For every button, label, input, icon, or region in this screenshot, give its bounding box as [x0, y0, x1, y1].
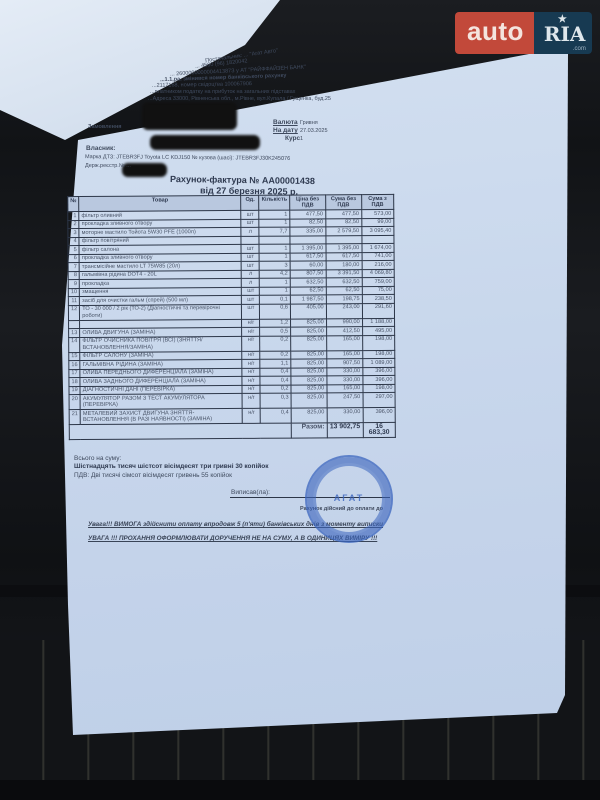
- company-stamp: АГАТ: [305, 455, 393, 543]
- table-cell: 1: [260, 287, 291, 296]
- supplier-line-5: ...2117168, номер свідоцтва 100067906: [152, 81, 252, 89]
- total-amount-label: Всього на суму:: [74, 455, 121, 462]
- table-cell: 825,00: [291, 376, 327, 385]
- table-cell: 75,00: [362, 286, 394, 295]
- table-cell: 60,00: [290, 261, 326, 270]
- table-cell: 7,7: [259, 227, 290, 236]
- table-cell: 243,00: [326, 303, 362, 318]
- watermark-ria: ★ RIA .com: [534, 12, 592, 54]
- watermark-auto: auto: [455, 12, 534, 54]
- table-cell: 4: [68, 237, 79, 246]
- invoice-content: Постачальник: ... "Агат Авто" ... 4560 (…: [0, 0, 600, 800]
- table-cell: 297,00: [363, 392, 395, 407]
- watermark-ria-text: RIA: [544, 22, 586, 46]
- totals-label: Разом:: [291, 423, 327, 438]
- table-cell: 632,50: [290, 278, 326, 287]
- table-cell: 412,50: [326, 327, 362, 336]
- table-cell: л: [242, 278, 260, 287]
- star-icon: ★: [558, 14, 567, 25]
- table-cell: 291,60: [362, 303, 394, 318]
- table-cell: 180,00: [326, 261, 362, 270]
- table-cell: 62,50: [290, 286, 326, 295]
- table-cell: 1: [259, 210, 290, 219]
- table-cell: [241, 236, 259, 245]
- table-cell: 759,00: [362, 277, 394, 286]
- table-cell: 396,00: [363, 407, 395, 422]
- column-header: Кількість: [259, 195, 290, 210]
- table-cell: 0,2: [260, 336, 291, 351]
- table-cell: 1: [259, 219, 290, 228]
- table-cell: шт: [241, 219, 259, 228]
- table-cell: 825,00: [291, 367, 327, 376]
- date-value: 27.03.2025: [300, 128, 328, 134]
- table-cell: шт: [241, 210, 259, 219]
- vat-amount-words: ПДВ: Дві тисячі сімсот вісімдесят гривен…: [74, 472, 232, 479]
- table-cell: 1 987,50: [290, 295, 326, 304]
- table-cell: 13: [69, 329, 80, 338]
- totals-spacer: [69, 423, 291, 440]
- table-cell: 0,6: [260, 304, 291, 319]
- table-cell: 477,50: [290, 210, 326, 219]
- table-cell: [259, 236, 290, 245]
- table-cell: МЕТАЛЕВИЙ ЗАХИСТ ДВИГУНА ЗНЯТТЯ-ВСТАНОВЛ…: [80, 408, 242, 424]
- table-cell: [290, 235, 326, 244]
- table-cell: н/г: [242, 327, 260, 336]
- table-cell: н/г: [242, 351, 260, 360]
- table-cell: 82,50: [326, 218, 362, 227]
- table-cell: 396,00: [363, 367, 395, 376]
- table-cell: 330,00: [327, 367, 363, 376]
- table-cell: 632,50: [326, 278, 362, 287]
- table-cell: 335,00: [290, 227, 326, 236]
- table-cell: 1 395,00: [290, 244, 326, 253]
- table-cell: 3: [260, 261, 291, 270]
- table-cell: 1 188,00: [362, 318, 394, 327]
- table-cell: 4 069,80: [362, 269, 394, 278]
- table-cell: 1 089,00: [363, 358, 395, 367]
- table-cell: 15: [69, 352, 80, 361]
- table-cell: 0,3: [260, 393, 291, 408]
- table-cell: 99,00: [362, 218, 394, 227]
- table-cell: н/г: [243, 408, 261, 423]
- table-cell: 3 391,50: [326, 269, 362, 278]
- table-cell: шт: [242, 304, 260, 319]
- table-cell: н/г: [242, 359, 260, 368]
- table-cell: 62,50: [326, 286, 362, 295]
- table-cell: 198,00: [362, 350, 394, 359]
- table-cell: 2: [68, 220, 79, 229]
- table-cell: 0,5: [260, 327, 291, 336]
- table-cell: 20: [69, 395, 80, 410]
- table-cell: 198,75: [326, 295, 362, 304]
- table-cell: 19: [69, 386, 80, 395]
- table-cell: 617,50: [326, 252, 362, 261]
- table-cell: шт: [241, 253, 259, 262]
- table-cell: 17: [69, 369, 80, 378]
- order-label: Замовлення: [88, 124, 122, 130]
- invoice-title: Рахунок-фактура № АА00001438: [170, 174, 315, 186]
- table-cell: 0,2: [260, 385, 291, 394]
- table-cell: 807,50: [290, 269, 326, 278]
- table-cell: шт: [241, 244, 259, 253]
- table-cell: 16: [69, 361, 80, 370]
- table-cell: 11: [68, 297, 79, 306]
- table-cell: 165,00: [326, 335, 362, 350]
- table-cell: 165,00: [326, 350, 362, 359]
- table-cell: н/г: [242, 393, 260, 408]
- table-cell: 6: [68, 254, 79, 263]
- table-cell: 330,00: [327, 408, 363, 423]
- registration-line: Держ.реєстр.№ ...: [85, 163, 131, 169]
- date-label: На дату: [273, 127, 298, 134]
- supplier-line-6: ...платником податку на прибуток на зага…: [150, 89, 295, 95]
- table-cell: 14: [69, 337, 80, 352]
- watermark-suffix: .com: [573, 46, 586, 52]
- table-cell: 3 095,40: [362, 226, 394, 235]
- table-cell: н/г: [242, 385, 260, 394]
- rate-value: 1: [300, 136, 303, 142]
- table-cell: 0,4: [261, 408, 292, 423]
- table-cell: 1 674,00: [362, 243, 394, 252]
- column-header: Сума з ПДВ: [361, 194, 393, 209]
- table-body: 1фільтр оливнийшт1477,50477,50573,002про…: [68, 209, 396, 439]
- currency-label: Валюта: [273, 119, 298, 126]
- table-cell: 825,00: [291, 318, 327, 327]
- table-cell: 825,00: [291, 384, 327, 393]
- table-cell: 1: [259, 253, 290, 262]
- table-cell: 7: [68, 263, 79, 272]
- total-sum-without-vat: 13 902,75: [327, 423, 363, 438]
- vehicle-line: Марка ДТЗ: JTEBR3FJ Toyota LC KDJ150 № к…: [85, 154, 290, 162]
- table-cell: 825,00: [291, 350, 327, 359]
- stamp-text: АГАТ: [307, 493, 391, 503]
- table-cell: 238,50: [362, 294, 394, 303]
- table-cell: н/г: [242, 319, 260, 328]
- table-cell: 405,00: [290, 303, 326, 318]
- table-cell: 1,2: [260, 319, 291, 328]
- owner-label: Власник:: [86, 145, 115, 152]
- totals-row: Разом:13 902,7516 683,30: [69, 422, 395, 439]
- table-cell: 396,00: [363, 375, 395, 384]
- column-header: №: [68, 197, 79, 212]
- column-header: Товар: [79, 195, 241, 211]
- autoria-watermark: auto ★ RIA .com: [455, 12, 592, 54]
- table-cell: 907,50: [327, 359, 363, 368]
- table-cell: АКУМУЛЯТОР РАЗОМ З ТЕСТ АКУМУЛЯТОРА (ПЕР…: [80, 393, 242, 409]
- table-cell: 82,50: [290, 218, 326, 227]
- table-cell: 3: [68, 229, 79, 238]
- table-cell: 247,50: [327, 393, 363, 408]
- table-cell: шт: [242, 287, 260, 296]
- total-amount-words: Шістнадцять тисяч шістсот вісімдесят три…: [74, 463, 268, 470]
- issued-by-label: Виписав(ла):: [231, 489, 270, 496]
- table-cell: 5: [68, 246, 79, 255]
- table-cell: 495,00: [362, 326, 394, 335]
- table-cell: [69, 320, 80, 329]
- rate-label: Курс: [285, 135, 300, 142]
- table-cell: 4,2: [260, 270, 291, 279]
- table-cell: 825,00: [291, 408, 327, 423]
- table-cell: 741,00: [362, 252, 394, 261]
- table-cell: 21: [69, 410, 80, 425]
- table-cell: 0,1: [260, 295, 291, 304]
- table-cell: н/г: [242, 336, 260, 351]
- table-cell: ФІЛЬТР ОЧИСНИКА ПОВІТРЯ (ВСІ) (ЗНЯТТЯ/ВС…: [80, 336, 242, 352]
- table-cell: 18: [69, 378, 80, 387]
- table-cell: 165,00: [327, 384, 363, 393]
- table-cell: 1: [68, 212, 79, 221]
- table-cell: 0,2: [260, 351, 291, 360]
- table-cell: 0,4: [260, 376, 291, 385]
- table-cell: 825,00: [291, 359, 327, 368]
- redacted-owner: [150, 135, 260, 150]
- table-cell: 825,00: [291, 335, 327, 350]
- table-cell: 2 579,50: [326, 227, 362, 236]
- table-cell: шт: [242, 295, 260, 304]
- table-cell: 1 395,00: [326, 244, 362, 253]
- currency-value: Гривня: [300, 120, 318, 126]
- table-cell: 198,00: [363, 384, 395, 393]
- column-header: Од.: [241, 195, 259, 210]
- table-cell: шт: [242, 261, 260, 270]
- column-header: Ціна без ПДВ: [290, 195, 326, 210]
- column-header: Сума без ПДВ: [325, 195, 361, 210]
- table-cell: л: [241, 227, 259, 236]
- table-cell: 198,00: [362, 335, 394, 350]
- table-cell: 477,50: [325, 210, 361, 219]
- table-cell: 825,00: [291, 393, 327, 408]
- table-cell: 0,4: [260, 368, 291, 377]
- table-cell: 12: [68, 305, 79, 320]
- table-cell: 9: [68, 280, 79, 289]
- table-cell: 1,1: [260, 359, 291, 368]
- redacted-payer: [142, 102, 237, 130]
- table-cell: н/г: [242, 376, 260, 385]
- table-cell: [362, 235, 394, 244]
- table-cell: [326, 235, 362, 244]
- table-cell: 1: [259, 244, 290, 253]
- table-cell: 330,00: [327, 376, 363, 385]
- table-cell: 617,50: [290, 252, 326, 261]
- table-cell: 1: [260, 278, 291, 287]
- table-cell: л: [242, 270, 260, 279]
- table-cell: 10: [68, 288, 79, 297]
- table-cell: 8: [68, 271, 79, 280]
- total-sum-with-vat: 16 683,30: [363, 422, 395, 437]
- table-cell: 825,00: [291, 327, 327, 336]
- table-cell: ТО - 30 000 / 2 рік (ТО-2) (Діагностичні…: [80, 304, 242, 320]
- table-cell: 990,00: [326, 318, 362, 327]
- table-cell: 573,00: [361, 209, 393, 218]
- table-cell: 216,00: [362, 260, 394, 269]
- table-cell: н/г: [242, 368, 260, 377]
- invoice-items-table: №ТоварОд.КількістьЦіна без ПДВСума без П…: [67, 194, 396, 440]
